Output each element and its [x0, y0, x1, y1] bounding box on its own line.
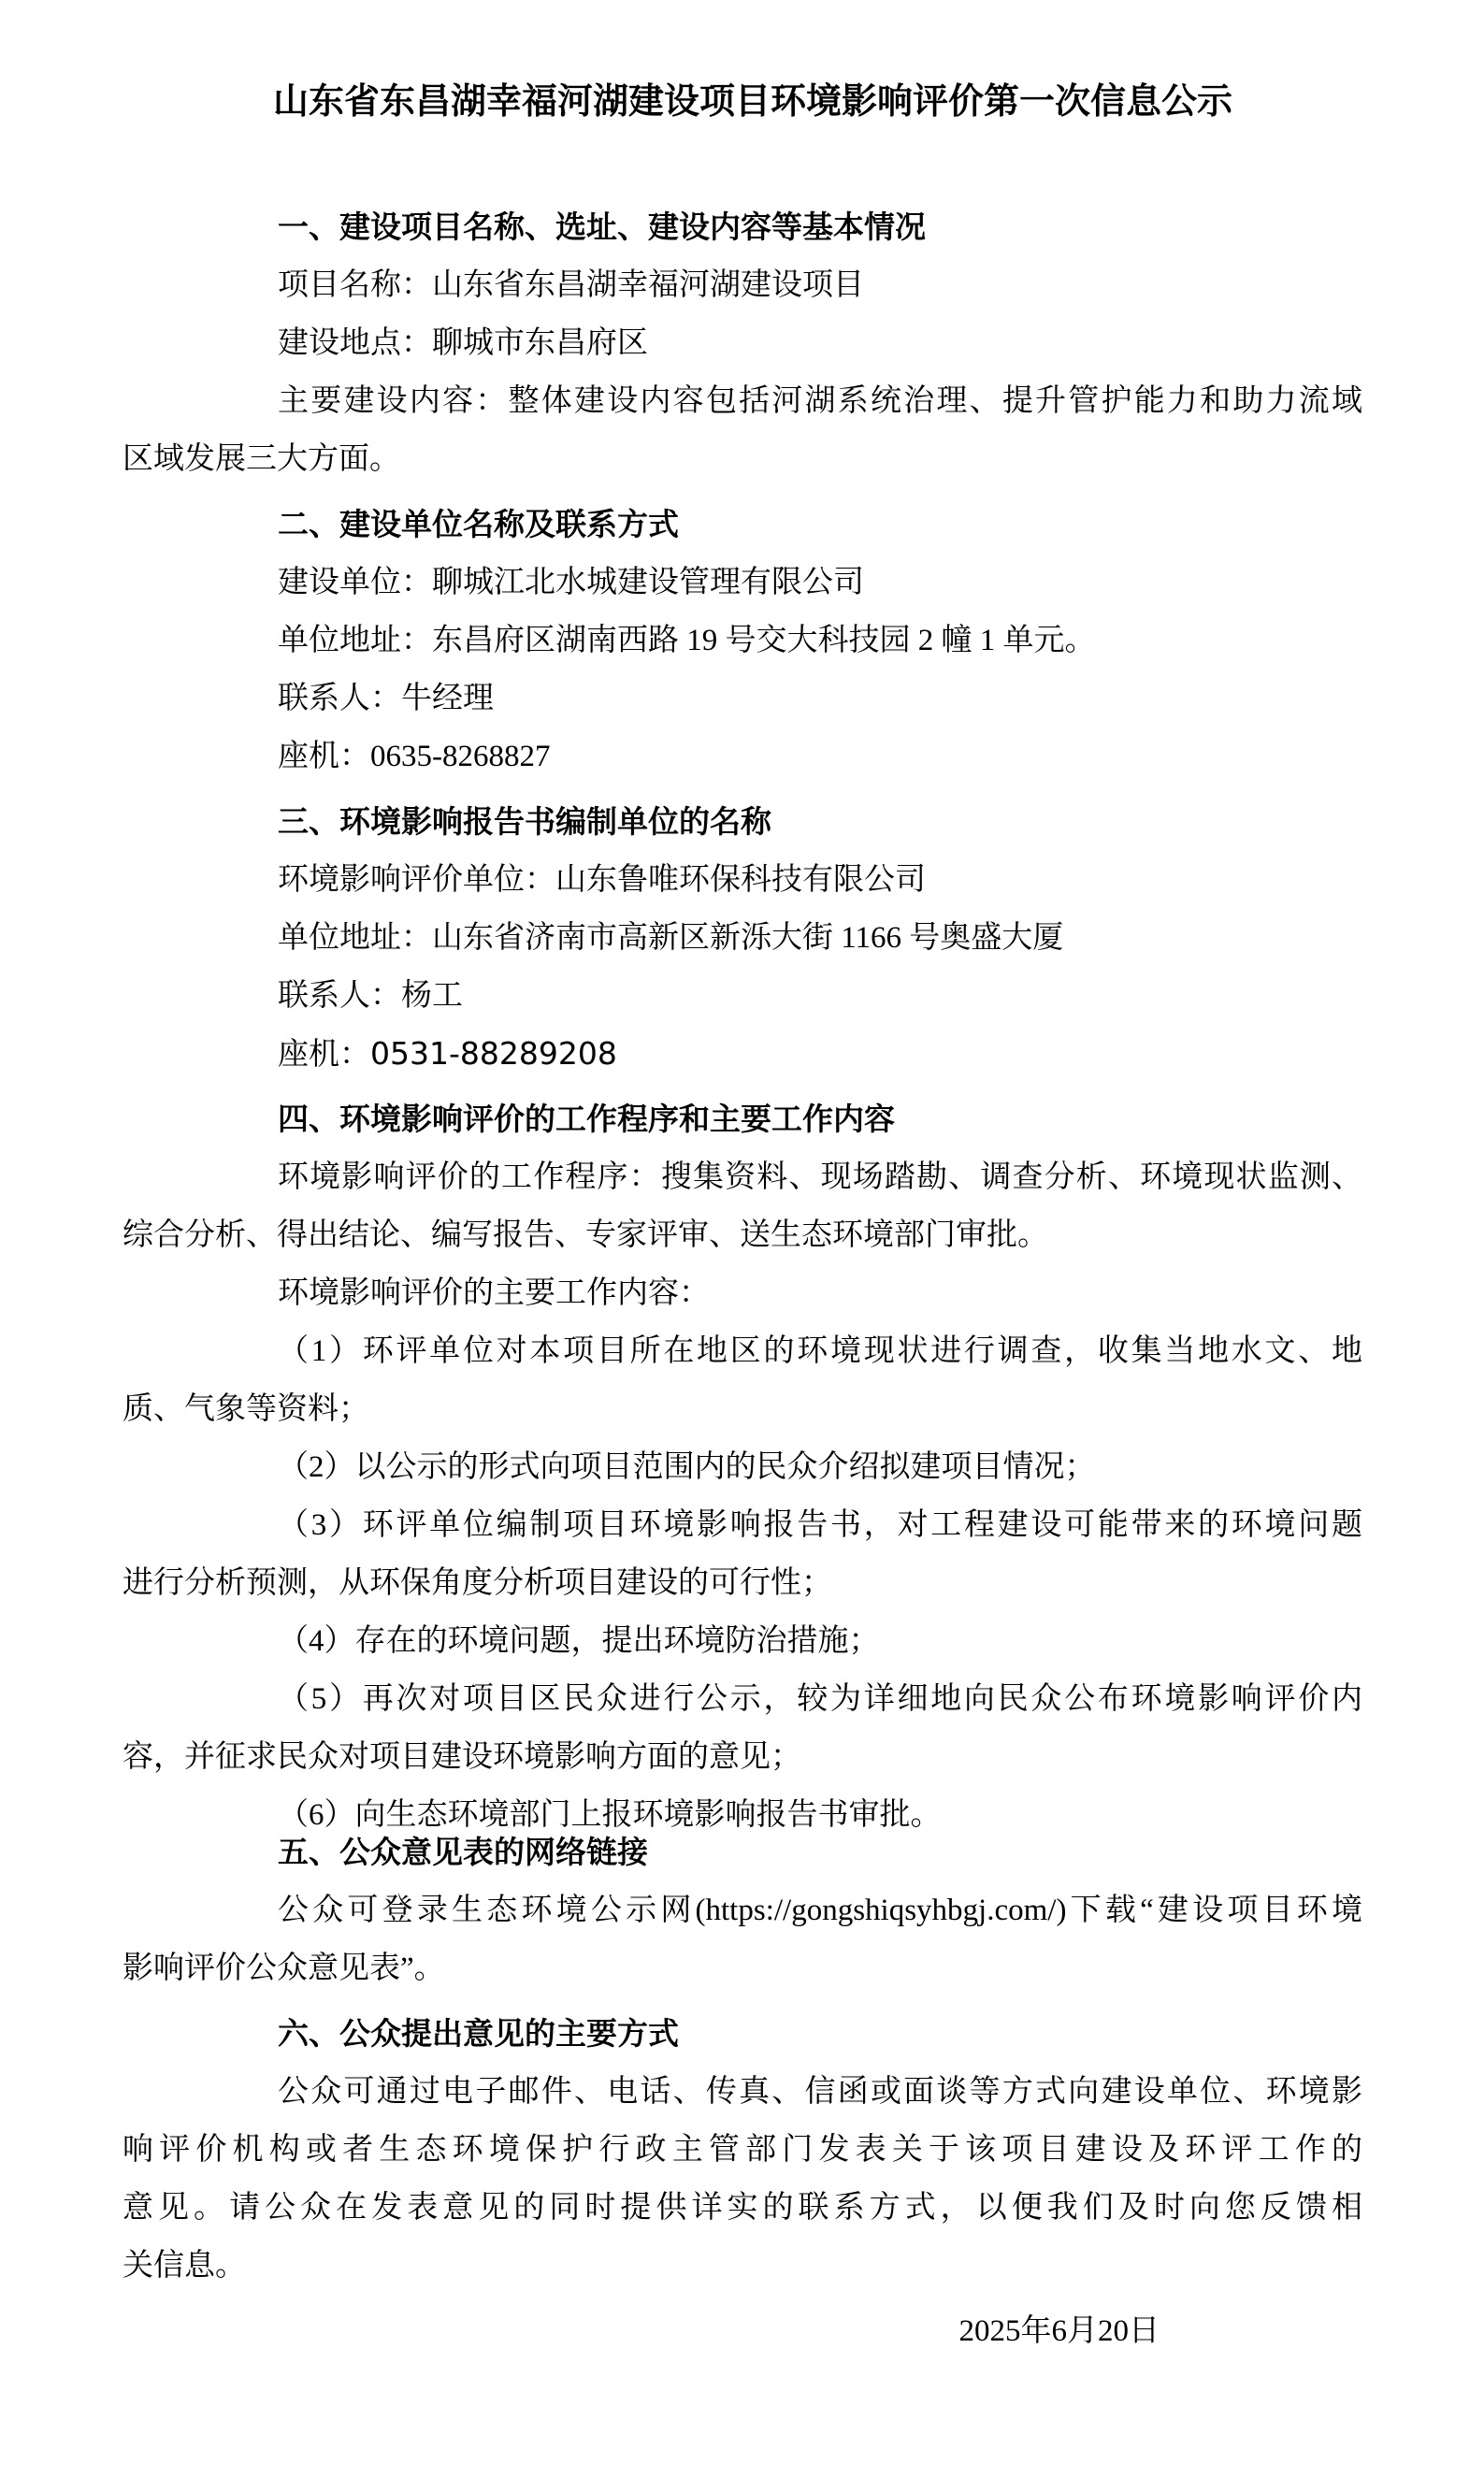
heading-section-4: 四、环境影响评价的工作程序和主要工作内容 [122, 1090, 1362, 1148]
text-line-eia-contact: 联系人：杨工 [122, 967, 1362, 1025]
text-line-item-5-wrap: 容，并征求民众对项目建设环境影响方面的意见； [122, 1728, 1362, 1786]
heading-section-2: 二、建设单位名称及联系方式 [122, 496, 1362, 554]
text-line-item-5: （5）再次对项目区民众进行公示，较为详细地向民众公布环境影响评价内 [122, 1670, 1362, 1728]
document-page: 山东省东昌湖幸福河湖建设项目环境影响评价第一次信息公示 一、建设项目名称、选址、… [0, 0, 1484, 2478]
text-line-procedure-wrap: 综合分析、得出结论、编写报告、专家评审、送生态环境部门审批。 [122, 1206, 1362, 1264]
text-line-item-3-wrap: 进行分析预测，从环保角度分析项目建设的可行性； [122, 1554, 1362, 1612]
text-line-builder-contact: 联系人：牛经理 [122, 670, 1362, 728]
text-line-item-4: （4）存在的环境问题，提出环境防治措施； [122, 1612, 1362, 1670]
text-line-main-content: 主要建设内容：整体建设内容包括河湖系统治理、提升管护能力和助力流域 [122, 372, 1362, 430]
text-line-feedback-3: 意见。请公众在发表意见的同时提供详实的联系方式，以便我们及时向您反馈相 [122, 2179, 1362, 2237]
text-line-eia-address: 单位地址：山东省济南市高新区新泺大街 1166 号奥盛大厦 [122, 909, 1362, 967]
text-line-item-1: （1）环评单位对本项目所在地区的环境现状进行调查，收集当地水文、地 [122, 1322, 1362, 1380]
document-body: 山东省东昌湖幸福河湖建设项目环境影响评价第一次信息公示 一、建设项目名称、选址、… [122, 73, 1362, 2360]
text-line-builder: 建设单位：聊城江北水城建设管理有限公司 [122, 554, 1362, 612]
text-line-link-wrap: 影响评价公众意见表”。 [122, 1939, 1362, 1997]
text-line-location: 建设地点：聊城市东昌府区 [122, 314, 1362, 372]
text-line-item-2: （2）以公示的形式向项目范围内的民众介绍拟建项目情况； [122, 1438, 1362, 1496]
text-line-feedback-2: 响评价机构或者生态环境保护行政主管部门发表关于该项目建设及环评工作的 [122, 2121, 1362, 2179]
text-line-eia-phone: 座机：0531-88289208 [122, 1025, 1362, 1083]
text-line-work-content: 环境影响评价的主要工作内容： [122, 1264, 1362, 1322]
doc-title: 山东省东昌湖幸福河湖建设项目环境影响评价第一次信息公示 [133, 73, 1373, 131]
text-line-feedback-1: 公众可通过电子邮件、电话、传真、信函或面谈等方式向建设单位、环境影 [122, 2063, 1362, 2121]
text-line-link: 公众可登录生态环境公示网(https://gongshiqsyhbgj.com/… [122, 1881, 1362, 1939]
heading-section-3: 三、环境影响报告书编制单位的名称 [122, 793, 1362, 851]
text-line-main-content-wrap: 区域发展三大方面。 [122, 430, 1362, 488]
text-line-item-1-wrap: 质、气象等资料； [122, 1380, 1362, 1438]
text-line-item-3: （3）环评单位编制项目环境影响报告书，对工程建设可能带来的环境问题 [122, 1496, 1362, 1554]
text-line-builder-address: 单位地址：东昌府区湖南西路 19 号交大科技园 2 幢 1 单元。 [122, 612, 1362, 670]
text-line-builder-phone: 座机：0635-8268827 [122, 728, 1362, 785]
doc-date: 2025年6月20日 [122, 2302, 1362, 2360]
text-line-project-name: 项目名称：山东省东昌湖幸福河湖建设项目 [122, 256, 1362, 314]
heading-section-1: 一、建设项目名称、选址、建设内容等基本情况 [122, 198, 1362, 256]
heading-section-6: 六、公众提出意见的主要方式 [122, 2005, 1362, 2063]
text-line-procedure: 环境影响评价的工作程序：搜集资料、现场踏勘、调查分析、环境现状监测、 [122, 1148, 1362, 1206]
text-line-feedback-4: 关信息。 [122, 2237, 1362, 2295]
text-line-eia-unit: 环境影响评价单位：山东鲁唯环保科技有限公司 [122, 851, 1362, 909]
